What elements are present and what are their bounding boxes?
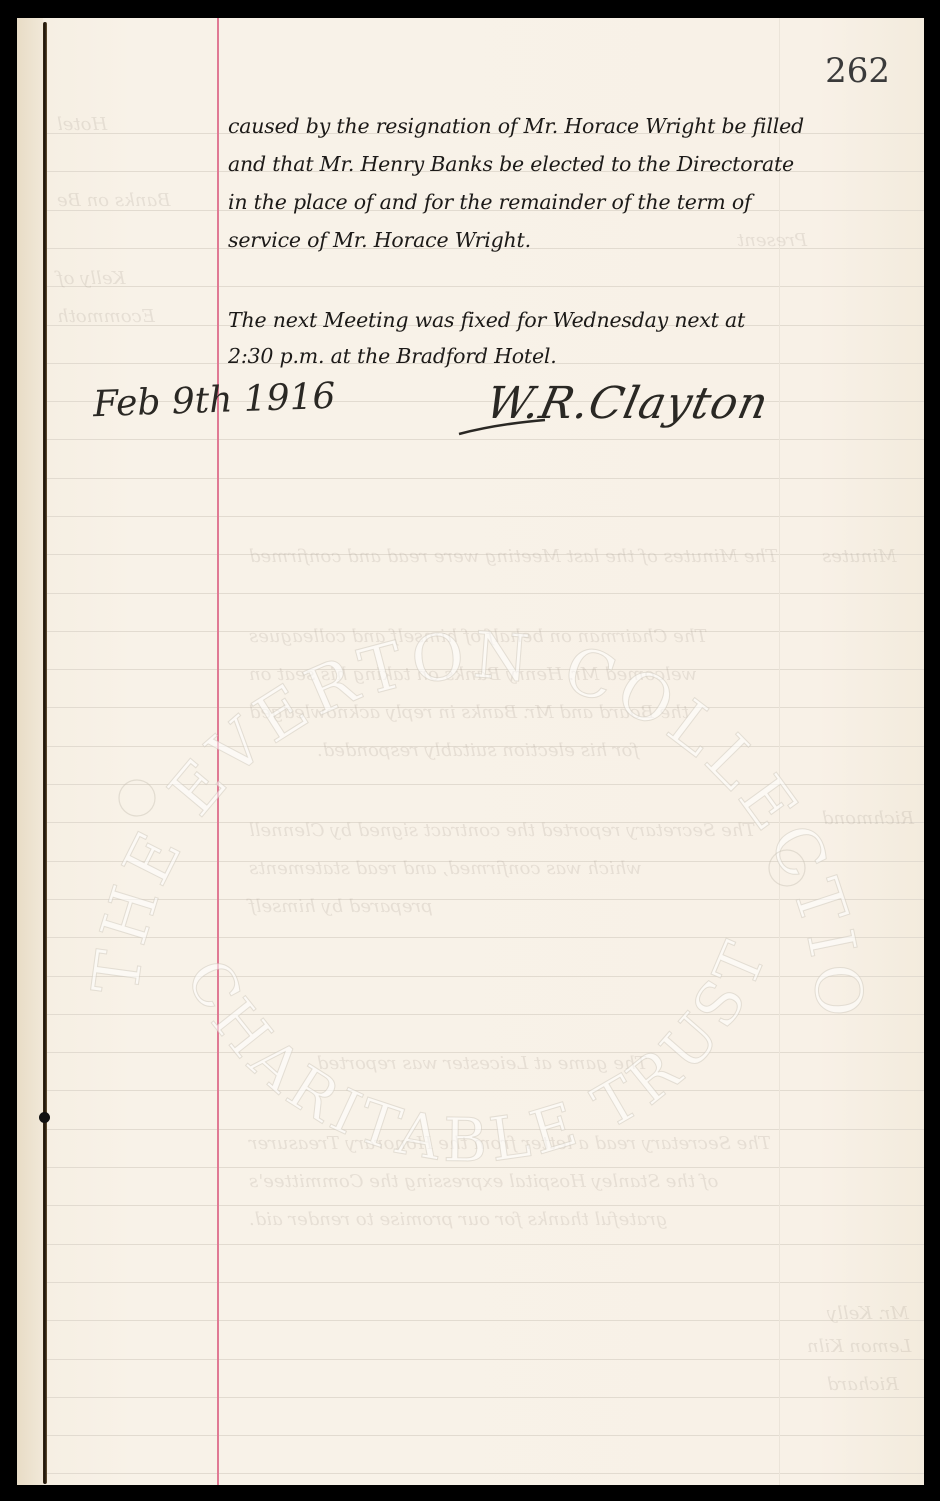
bleed-through-text: Lemon Kiln — [807, 1336, 911, 1357]
bleed-through-text: Banks on Be — [57, 190, 170, 211]
bleed-through-text: grateful thanks for our promise to rende… — [249, 1209, 667, 1230]
bleed-through-text: which was confirmed, and read statements — [249, 858, 642, 879]
ruled-line — [47, 593, 924, 594]
bleed-through-text: the Board and Mr. Banks in reply acknowl… — [249, 702, 689, 723]
ruled-line — [47, 516, 924, 517]
ruled-line — [47, 899, 924, 900]
bleed-through-text: Mr. Kelly — [827, 1303, 909, 1324]
bleed-through-text: Present — [737, 230, 807, 251]
binding-thread-knot — [39, 1112, 50, 1123]
bleed-through-text: Kelly of — [57, 268, 126, 289]
ruled-line — [47, 784, 924, 785]
bleed-through-text: Ecommoth — [57, 306, 155, 327]
bleed-through-text: The Chairman on behalf of himself and co… — [249, 626, 707, 647]
ruled-line — [47, 1397, 924, 1398]
ruled-line — [47, 1359, 924, 1360]
red-margin-line — [217, 18, 219, 1485]
bleed-through-text: prepared by himself — [249, 896, 433, 917]
bleed-through-text: welcomed Mr. Henry Banks on taking his s… — [249, 664, 697, 685]
minutes-line: caused by the resignation of Mr. Horace … — [228, 114, 804, 138]
bleed-through-text: Richard — [827, 1374, 899, 1395]
ruled-line — [47, 937, 924, 938]
minutes-line: service of Mr. Horace Wright. — [228, 228, 531, 252]
ledger-page: Hotel Banks on Be Present Kelly of Ecomm… — [17, 18, 924, 1485]
next-meeting-line: The next Meeting was fixed for Wednesday… — [228, 308, 745, 332]
bleed-through-text: Richmond — [822, 808, 914, 829]
book-binding — [43, 22, 47, 1484]
bleed-through-text: The Secretary read a letter from the Hon… — [249, 1133, 771, 1154]
bleed-through-text: The Secretary reported the contract sign… — [249, 820, 755, 841]
next-meeting-line: 2:30 p.m. at the Bradford Hotel. — [228, 344, 557, 368]
bleed-through-text: of the Stanley Hospital expressing the C… — [249, 1171, 718, 1192]
ruled-line — [47, 1244, 924, 1245]
page-number: 262 — [825, 51, 890, 91]
ruled-line — [47, 1090, 924, 1091]
ruled-line — [47, 478, 924, 479]
ruled-line — [47, 1282, 924, 1283]
bleed-through-text: Hotel — [57, 114, 107, 135]
minutes-line: in the place of and for the remainder of… — [228, 190, 751, 214]
bleed-through-text: Minutes — [822, 546, 897, 567]
ruled-line — [47, 1205, 924, 1206]
ruled-line — [47, 439, 924, 440]
ruled-line — [47, 976, 924, 977]
signoff-date: Feb 9th 1916 — [92, 376, 336, 425]
bleed-through-text: The game at Leicester was reported — [317, 1053, 648, 1074]
minutes-line: and that Mr. Henry Banks be elected to t… — [228, 152, 794, 176]
ruled-line — [47, 1014, 924, 1015]
ruled-line — [47, 1473, 924, 1474]
ruled-line — [47, 286, 924, 287]
bleed-through-text: The Minutes of the last Meeting were rea… — [249, 546, 778, 567]
page-edge — [17, 18, 43, 1485]
ruled-line — [47, 1167, 924, 1168]
bleed-through-text: for his election suitably responded. — [317, 740, 639, 761]
signature-flourish — [457, 418, 547, 438]
ruled-line — [47, 1435, 924, 1436]
ruled-line — [47, 1320, 924, 1321]
ruled-line — [47, 1129, 924, 1130]
